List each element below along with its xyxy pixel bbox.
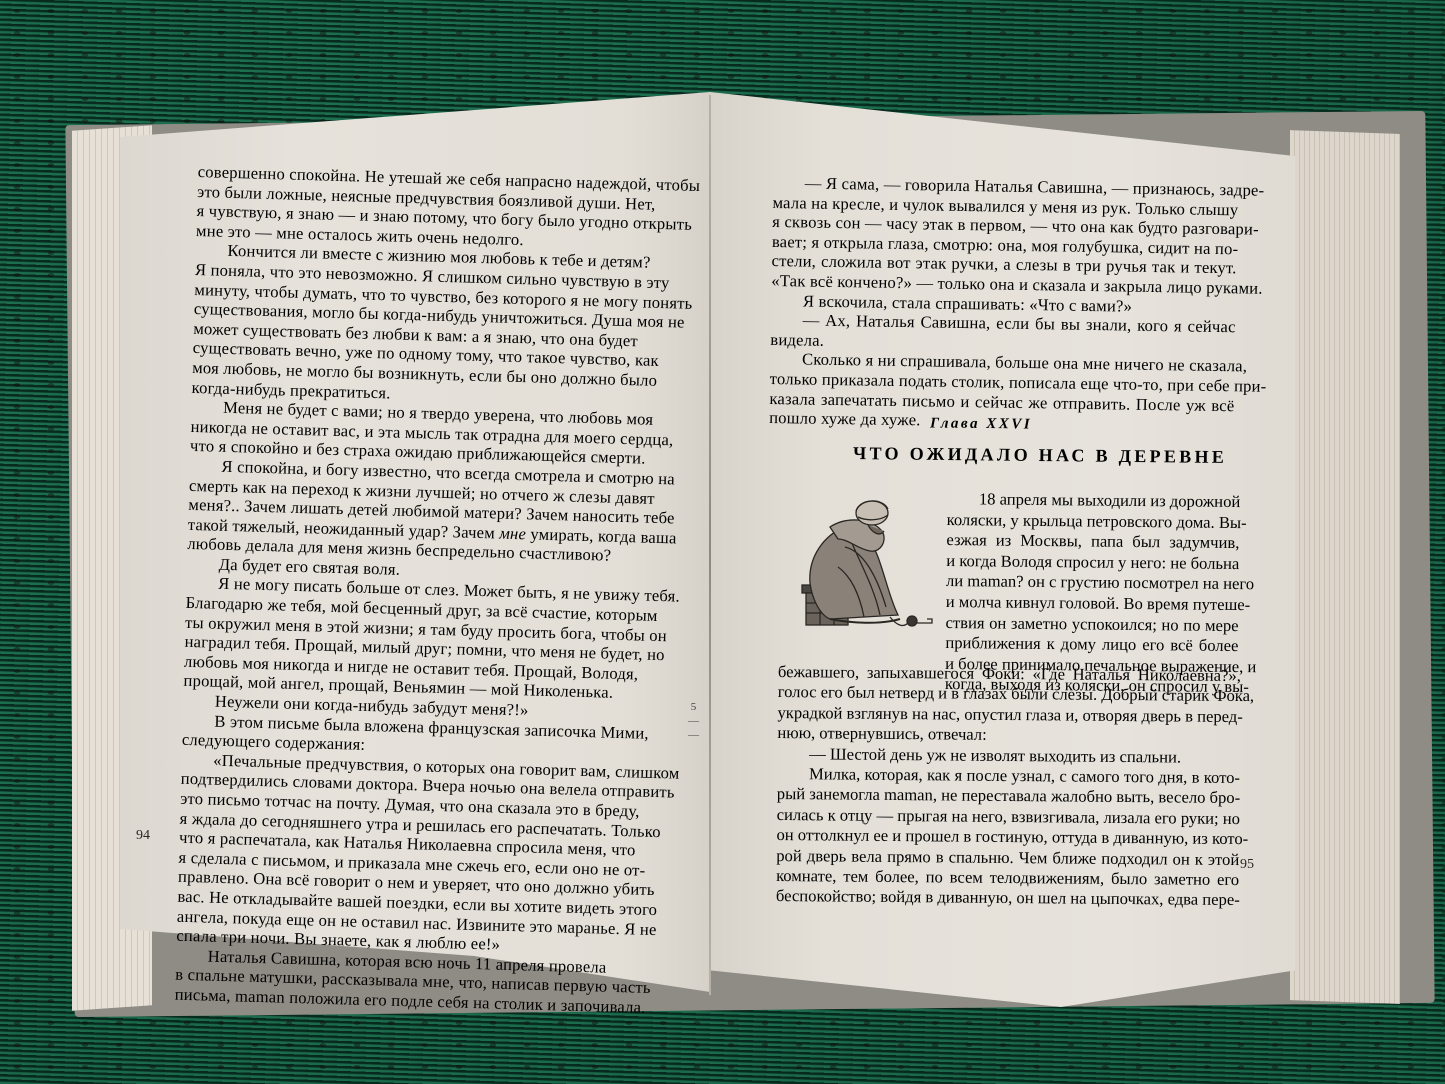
weeping-woman-illustration: [790, 487, 945, 632]
text-line: езжая из Москвы, папа был задумчив,: [946, 530, 1239, 554]
chapter-continuation-text: бежавшего, запыхавшегося Фоки: «Где Ната…: [776, 662, 1241, 911]
chapter-label: Глава XXVI: [930, 415, 1032, 433]
left-page-body-text: совершенно спокойна. Не утешай же себя н…: [174, 162, 627, 1016]
emphasized-word: мне: [499, 523, 526, 543]
chapter-title: ЧТО ОЖИДАЛО НАС В ДЕРЕВНЕ: [853, 443, 1227, 468]
text-line: 18 апреля мы выходили из дорожной: [947, 489, 1240, 513]
text-line: и молча кивнул головой. Во время путеше-: [946, 592, 1239, 616]
text-line: беспокойство; войдя в диванную, он шел н…: [776, 886, 1239, 910]
page-edges-right: [1290, 130, 1400, 1004]
printer-signature-mark: 5 — —: [688, 700, 699, 742]
right-page-top-text: — Я сама, — говорила Наталья Савишна, — …: [769, 173, 1238, 435]
page-number-left: 94: [136, 828, 150, 844]
book-spine: [709, 95, 711, 995]
page-number-right: 95: [1240, 857, 1254, 873]
text-line: приближения к дому лицо его всё более: [945, 633, 1238, 657]
